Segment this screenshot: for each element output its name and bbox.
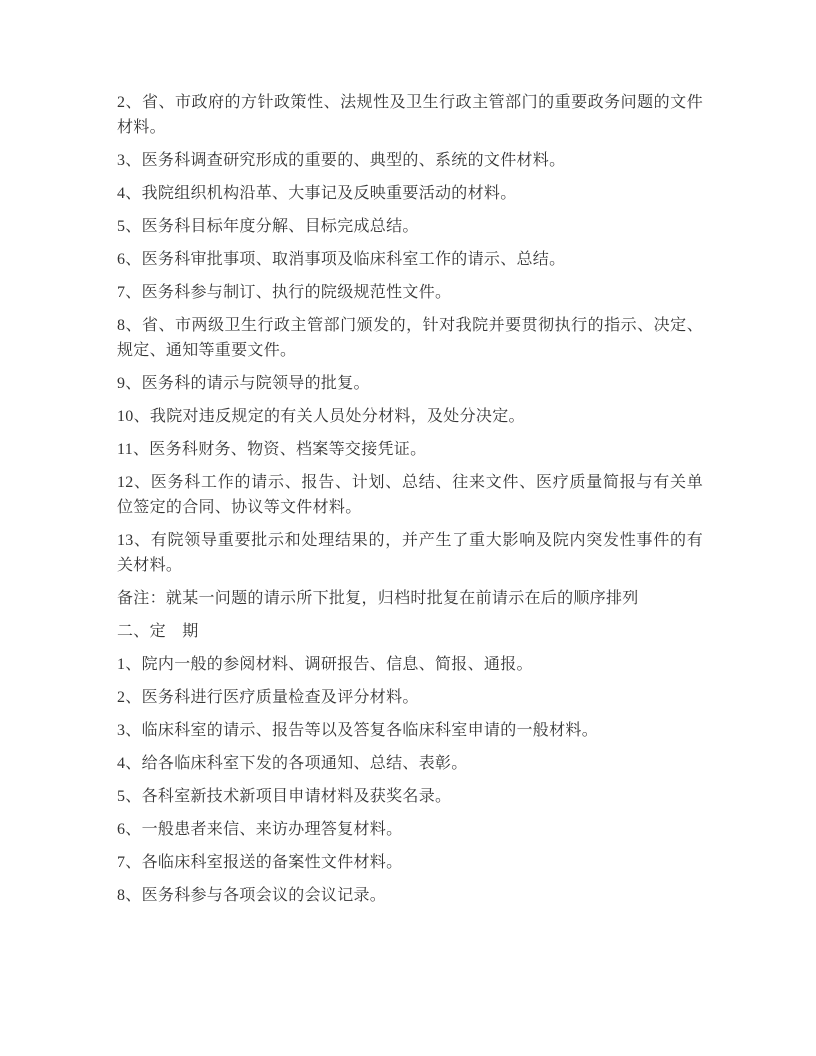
document-page: 2、省、市政府的方针政策性、法规性及卫生行政主管部门的重要政务问题的文件材料。 … xyxy=(0,0,816,1056)
section1-item-9: 9、医务科的请示与院领导的批复。 xyxy=(117,371,703,396)
section2-item-7: 7、各临床科室报送的备案性文件材料。 xyxy=(117,850,703,875)
section2-item-6: 6、一般患者来信、来访办理答复材料。 xyxy=(117,817,703,842)
section2-heading: 二、定 期 xyxy=(117,619,703,644)
section2-item-1: 1、院内一般的参阅材料、调研报告、信息、简报、通报。 xyxy=(117,652,703,677)
section2-item-5: 5、各科室新技术新项目申请材料及获奖名录。 xyxy=(117,784,703,809)
section1-item-2: 2、省、市政府的方针政策性、法规性及卫生行政主管部门的重要政务问题的文件材料。 xyxy=(117,90,703,140)
section1-item-3: 3、医务科调查研究形成的重要的、典型的、系统的文件材料。 xyxy=(117,148,703,173)
section2-item-3: 3、临床科室的请示、报告等以及答复各临床科室申请的一般材料。 xyxy=(117,718,703,743)
note-line: 备注：就某一问题的请示所下批复，归档时批复在前请示在后的顺序排列 xyxy=(117,586,703,611)
section1-item-13: 13、有院领导重要批示和处理结果的，并产生了重大影响及院内突发性事件的有关材料。 xyxy=(117,528,703,578)
section1-item-5: 5、医务科目标年度分解、目标完成总结。 xyxy=(117,214,703,239)
section2-item-8: 8、医务科参与各项会议的会议记录。 xyxy=(117,883,703,908)
section1-item-7: 7、医务科参与制订、执行的院级规范性文件。 xyxy=(117,280,703,305)
section1-item-11: 11、医务科财务、物资、档案等交接凭证。 xyxy=(117,437,703,462)
section2-item-2: 2、医务科进行医疗质量检查及评分材料。 xyxy=(117,685,703,710)
section1-item-4: 4、我院组织机构沿革、大事记及反映重要活动的材料。 xyxy=(117,181,703,206)
section1-item-12: 12、医务科工作的请示、报告、计划、总结、往来文件、医疗质量简报与有关单位签定的… xyxy=(117,470,703,520)
section1-item-6: 6、医务科审批事项、取消事项及临床科室工作的请示、总结。 xyxy=(117,247,703,272)
section1-item-8: 8、省、市两级卫生行政主管部门颁发的，针对我院并要贯彻执行的指示、决定、规定、通… xyxy=(117,313,703,363)
section1-item-10: 10、我院对违反规定的有关人员处分材料，及处分决定。 xyxy=(117,404,703,429)
section2-item-4: 4、给各临床科室下发的各项通知、总结、表彰。 xyxy=(117,751,703,776)
